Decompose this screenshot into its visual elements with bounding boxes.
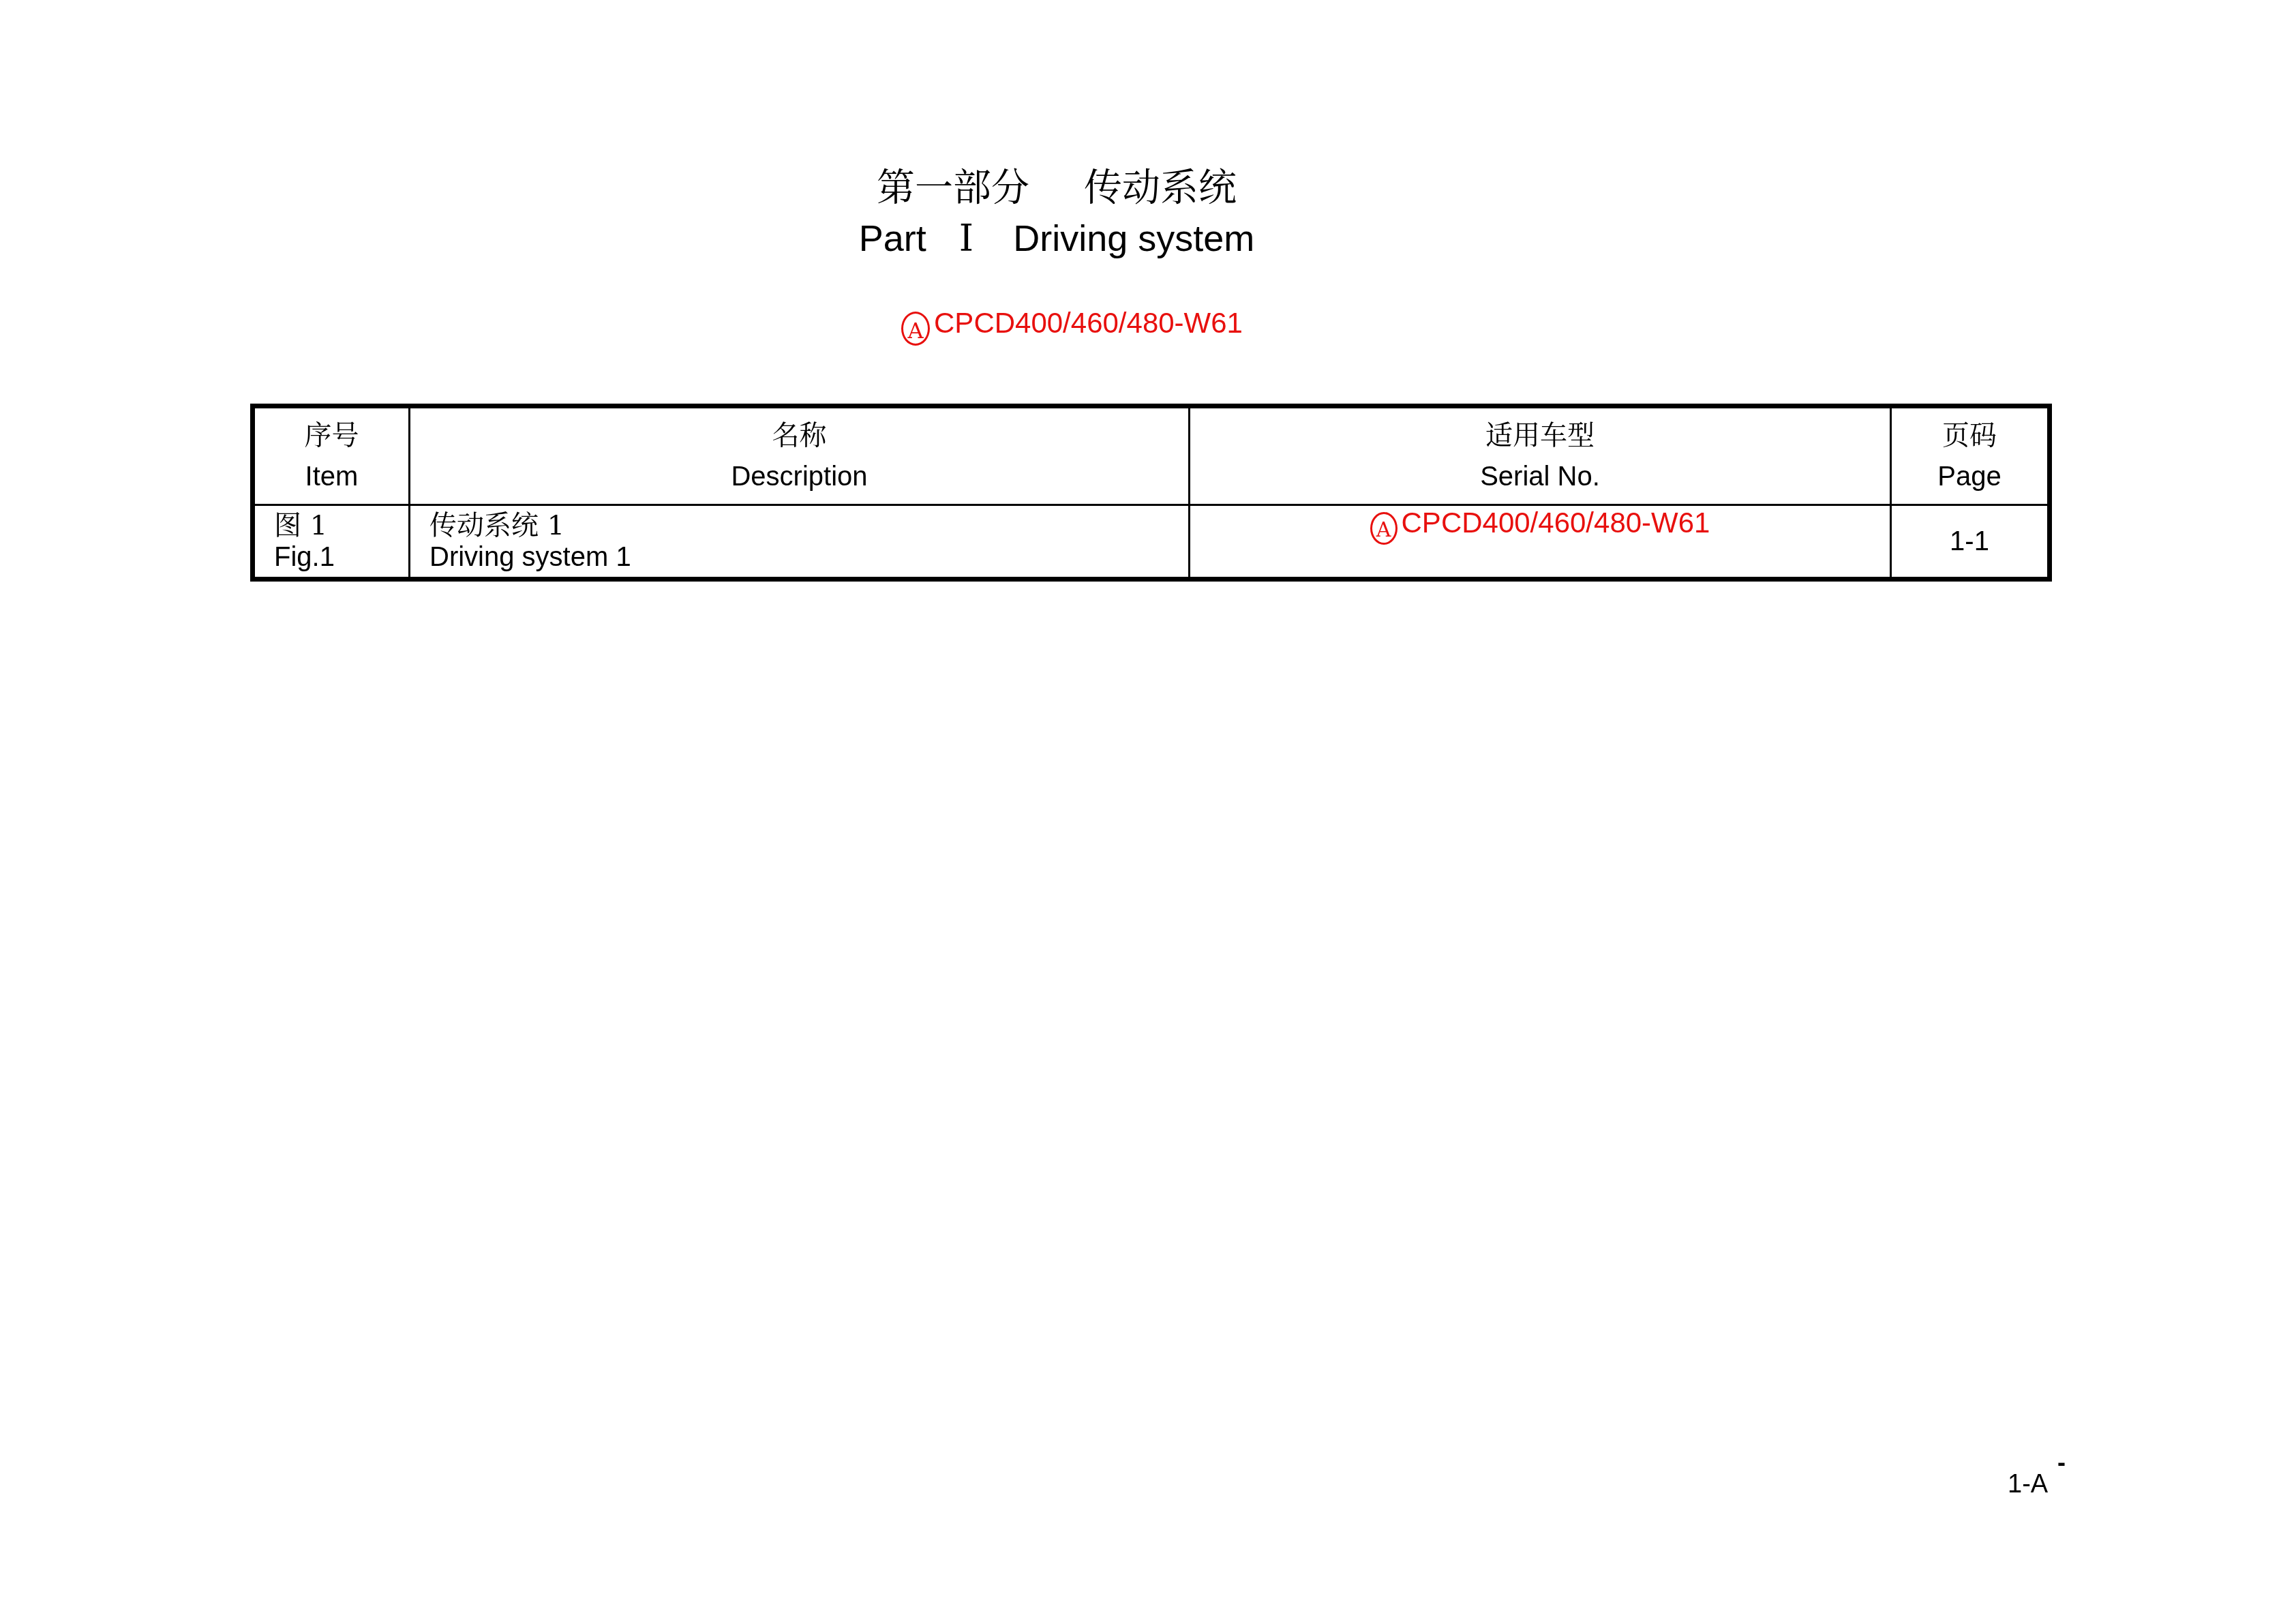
table-row[interactable]: 图 1 Fig.1 传动系统 1 Driving system 1 ACPCD4… [253, 505, 2050, 580]
heading-english: PartⅠDriving system [0, 214, 2113, 263]
heading-part-numeral: Ⅰ [926, 217, 1013, 260]
item-en: Fig.1 [274, 541, 408, 573]
footer-mark: - [2057, 1449, 2066, 1476]
footer-page-number: 1-A [2008, 1467, 2048, 1501]
heading-title-cn: 传动系统 [1084, 166, 1237, 210]
heading-part-en: Part [859, 218, 926, 259]
cell-serial: ACPCD400/460/480-W61 [1190, 505, 1891, 580]
cell-page[interactable]: 1-1 [1891, 505, 2050, 580]
circled-a-icon: A [1370, 512, 1398, 545]
cell-description: 传动系统 1 Driving system 1 [410, 505, 1190, 580]
page-link[interactable]: 1-1 [1950, 526, 1989, 556]
header-serial: 适用车型 Serial No. [1190, 406, 1891, 505]
serial-text: CPCD400/460/480-W61 [1402, 507, 1710, 539]
contents-table: 序号 Item 名称 Description 适用车型 Serial No. 页… [250, 404, 2052, 582]
serial-banner: ACPCD400/460/480-W61 [0, 304, 2144, 346]
heading-title-en: Driving system [1013, 218, 1254, 259]
item-cn: 图 1 [274, 510, 408, 541]
header-page: 页码 Page [1891, 406, 2050, 505]
description-cn: 传动系统 1 [429, 510, 1188, 541]
circled-a-icon: A [901, 312, 930, 346]
table-header-row: 序号 Item 名称 Description 适用车型 Serial No. 页… [253, 406, 2050, 505]
cell-item: 图 1 Fig.1 [253, 505, 410, 580]
heading-chinese: 第一部分传动系统 [0, 162, 2113, 214]
header-item: 序号 Item [253, 406, 410, 505]
header-description: 名称 Description [410, 406, 1190, 505]
serial-banner-text: CPCD400/460/480-W61 [934, 307, 1243, 339]
description-en: Driving system 1 [429, 541, 1188, 573]
heading-part-cn: 第一部分 [877, 166, 1029, 210]
